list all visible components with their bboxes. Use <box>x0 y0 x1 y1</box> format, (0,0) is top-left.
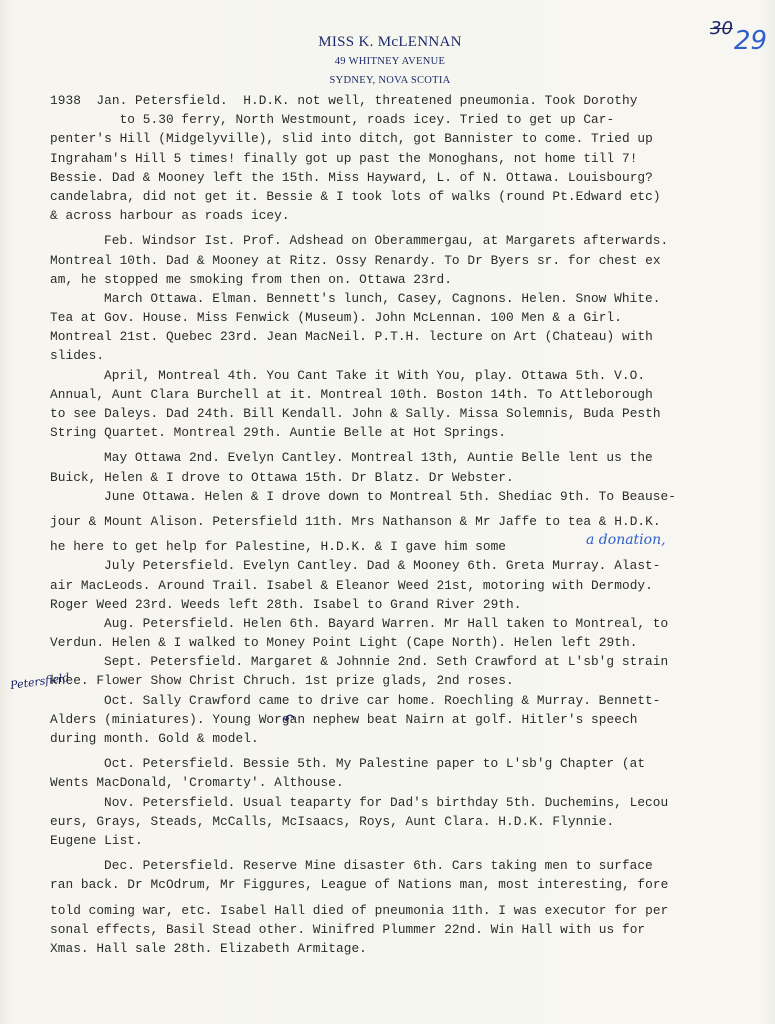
text-line: slides. <box>50 346 775 365</box>
text-line: Montreal 10th. Dad & Mooney at Ritz. Oss… <box>50 251 775 270</box>
text-line: Verdun. Helen & I walked to Money Point … <box>50 633 775 652</box>
page-number-crossed-out: 30 <box>710 18 733 39</box>
handwritten-arrow-icon: ↶ <box>283 712 295 728</box>
text-line: & across harbour as roads icey. <box>50 206 775 225</box>
text-line: Aug. Petersfield. Helen 6th. Bayard Warr… <box>50 614 775 633</box>
text-line: Sept. Petersfield. Margaret & Johnnie 2n… <box>50 652 775 671</box>
text-line: eurs, Grays, Steads, McCalls, McIsaacs, … <box>50 812 775 831</box>
text-line: jour & Mount Alison. Petersfield 11th. M… <box>50 512 775 531</box>
text-line: String Quartet. Montreal 29th. Auntie Be… <box>50 423 775 442</box>
text-line: knee. Flower Show Christ Chruch. 1st pri… <box>50 671 775 690</box>
text-line: Roger Weed 23rd. Weeds left 28th. Isabel… <box>50 595 775 614</box>
text-line: he here to get help for Palestine, H.D.K… <box>50 537 775 556</box>
text-line: ran back. Dr McOdrum, Mr Figgures, Leagu… <box>50 875 775 894</box>
text-line: Ingraham's Hill 5 times! finally got up … <box>50 149 775 168</box>
text-line: Wents MacDonald, 'Cromarty'. Althouse. <box>50 773 775 792</box>
text-line: Feb. Windsor Ist. Prof. Adshead on Obera… <box>50 231 775 250</box>
text-line: to see Daleys. Dad 24th. Bill Kendall. J… <box>50 404 775 423</box>
letterhead-city: SYDNEY, NOVA SCOTIA <box>250 71 530 90</box>
text-line: sonal effects, Basil Stead other. Winifr… <box>50 920 775 939</box>
text-line: Xmas. Hall sale 28th. Elizabeth Armitage… <box>50 939 775 958</box>
text-line: Buick, Helen & I drove to Ottawa 15th. D… <box>50 468 775 487</box>
text-line: Montreal 21st. Quebec 23rd. Jean MacNeil… <box>50 327 775 346</box>
text-line: 1938 Jan. Petersfield. H.D.K. not well, … <box>50 91 775 110</box>
text-line: penter's Hill (Midgelyville), slid into … <box>50 129 775 148</box>
text-line: told coming war, etc. Isabel Hall died o… <box>50 901 775 920</box>
text-line: Oct. Sally Crawford came to drive car ho… <box>50 691 775 710</box>
text-line: Nov. Petersfield. Usual teaparty for Dad… <box>50 793 775 812</box>
text-line: July Petersfield. Evelyn Cantley. Dad & … <box>50 556 775 575</box>
typed-diary-text: 1938 Jan. Petersfield. H.D.K. not well, … <box>50 91 775 958</box>
text-line: am, he stopped me smoking from then on. … <box>50 270 775 289</box>
text-line: Alders (miniatures). Young Worgan nephew… <box>50 710 775 729</box>
text-line: air MacLeods. Around Trail. Isabel & Ele… <box>50 576 775 595</box>
text-line: June Ottawa. Helen & I drove down to Mon… <box>50 487 775 506</box>
text-line: May Ottawa 2nd. Evelyn Cantley. Montreal… <box>50 448 775 467</box>
document-page: MISS K. McLENNAN 49 WHITNEY AVENUE SYDNE… <box>0 0 775 1024</box>
text-line: Bessie. Dad & Mooney left the 15th. Miss… <box>50 168 775 187</box>
text-line: Dec. Petersfield. Reserve Mine disaster … <box>50 856 775 875</box>
page-number-current: 29 <box>734 26 767 56</box>
text-line: April, Montreal 4th. You Cant Take it Wi… <box>50 366 775 385</box>
text-line: March Ottawa. Elman. Bennett's lunch, Ca… <box>50 289 775 308</box>
text-line: during month. Gold & model. <box>50 729 775 748</box>
handwritten-donation-note: a donation, <box>586 532 666 548</box>
text-line: Eugene List. <box>50 831 775 850</box>
text-line: to 5.30 ferry, North Westmount, roads ic… <box>50 110 775 129</box>
text-line: Annual, Aunt Clara Burchell at it. Montr… <box>50 385 775 404</box>
letterhead-name: MISS K. McLENNAN <box>250 32 530 52</box>
letterhead-address: 49 WHITNEY AVENUE <box>250 52 530 71</box>
text-line: candelabra, did not get it. Bessie & I t… <box>50 187 775 206</box>
text-line: Oct. Petersfield. Bessie 5th. My Palesti… <box>50 754 775 773</box>
text-line: Tea at Gov. House. Miss Fenwick (Museum)… <box>50 308 775 327</box>
letterhead: MISS K. McLENNAN 49 WHITNEY AVENUE SYDNE… <box>250 32 530 90</box>
